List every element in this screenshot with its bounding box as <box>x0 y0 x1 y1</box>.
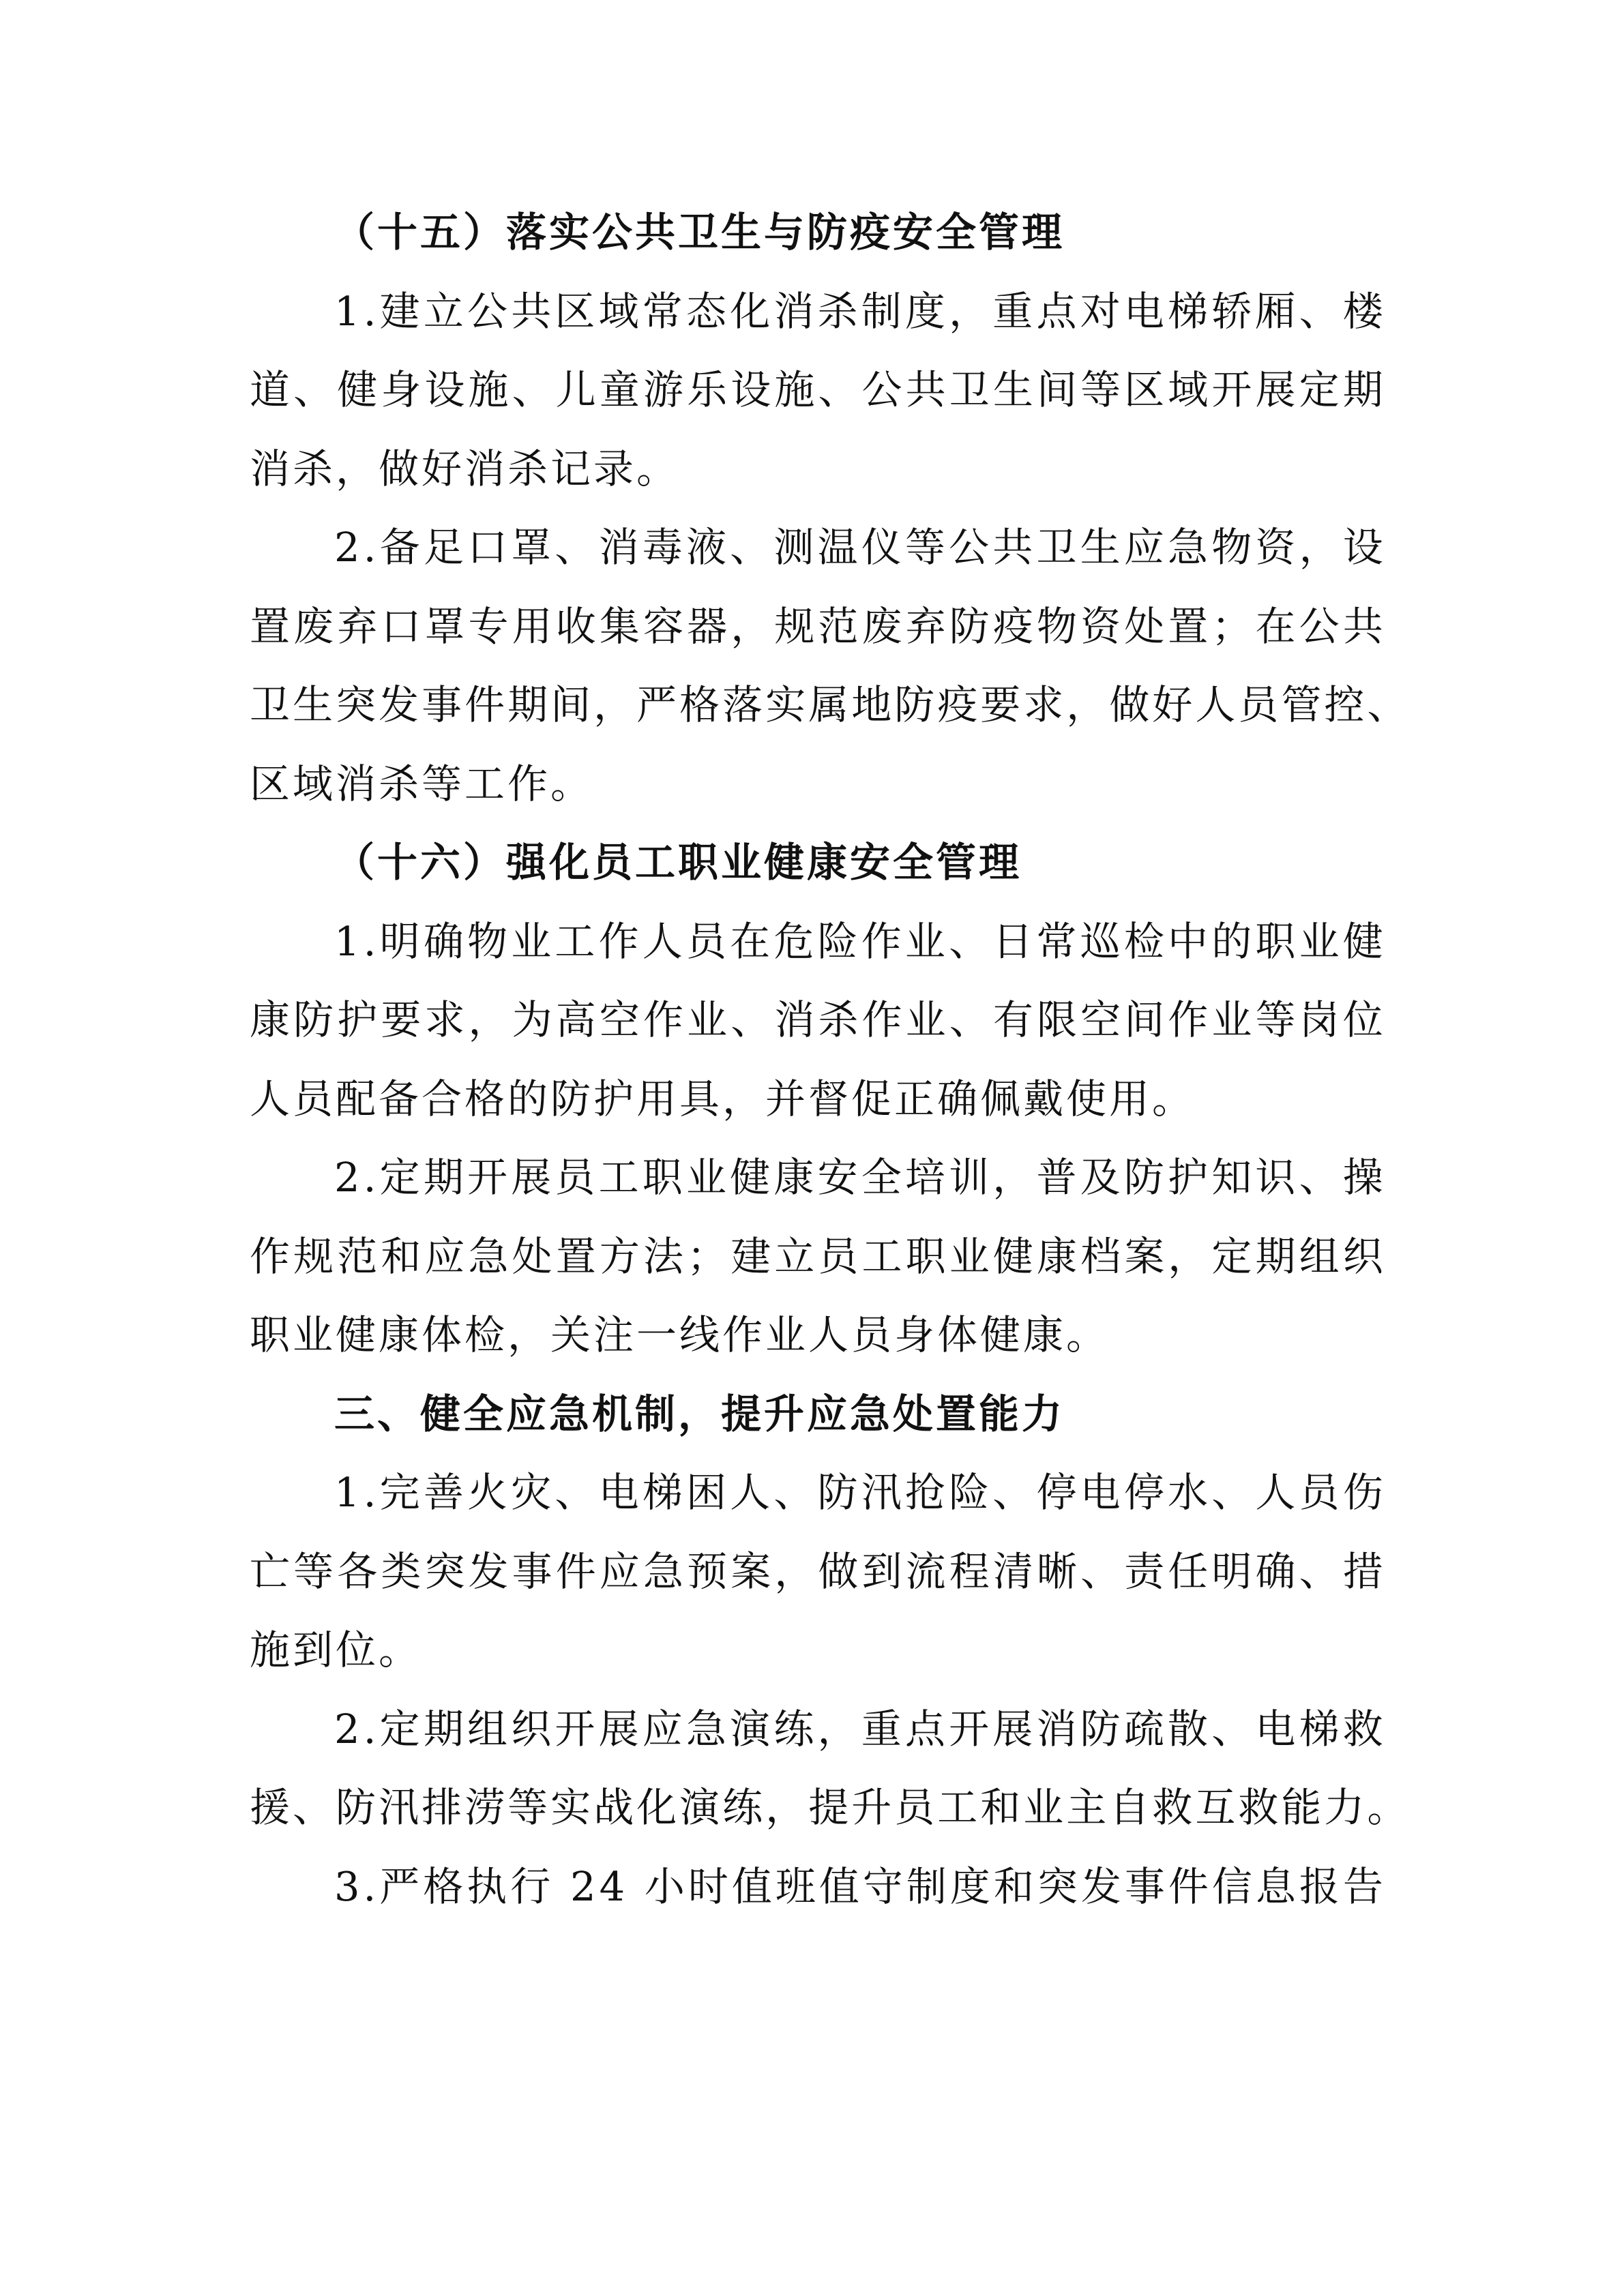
paragraph-3-1-line-1: 1.完善火灾、电梯困人、防汛抢险、停电停水、人员伤 <box>250 1453 1386 1532</box>
subheading-15: （十五）落实公共卫生与防疫安全管理 <box>250 193 1386 272</box>
paragraph-15-1-line-2: 道、健身设施、儿童游乐设施、公共卫生间等区域开展定期 <box>250 351 1386 430</box>
subheading-16: （十六）强化员工职业健康安全管理 <box>250 823 1386 902</box>
paragraph-16-2-line-1: 2.定期开展员工职业健康安全培训，普及防护知识、操 <box>250 1138 1386 1217</box>
paragraph-3-2-line-1: 2.定期组织开展应急演练，重点开展消防疏散、电梯救 <box>250 1690 1386 1769</box>
paragraph-15-2-line-3: 卫生突发事件期间，严格落实属地防疫要求，做好人员管控、 <box>250 666 1386 745</box>
paragraph-16-1-line-2: 康防护要求，为高空作业、消杀作业、有限空间作业等岗位 <box>250 981 1386 1060</box>
paragraph-3-3-line-1: 3.严格执行 24 小时值班值守制度和突发事件信息报告 <box>250 1847 1386 1926</box>
paragraph-16-2-line-3: 职业健康体检，关注一线作业人员身体健康。 <box>250 1296 1386 1375</box>
paragraph-15-2-line-2: 置废弃口罩专用收集容器，规范废弃防疫物资处置；在公共 <box>250 587 1386 666</box>
paragraph-15-1-line-3: 消杀，做好消杀记录。 <box>250 430 1386 509</box>
paragraph-16-1-line-3: 人员配备合格的防护用具，并督促正确佩戴使用。 <box>250 1060 1386 1139</box>
paragraph-3-1-line-3: 施到位。 <box>250 1611 1386 1690</box>
paragraph-3-1-line-2: 亡等各类突发事件应急预案，做到流程清晰、责任明确、措 <box>250 1532 1386 1611</box>
section-heading-3: 三、健全应急机制，提升应急处置能力 <box>250 1375 1386 1454</box>
paragraph-15-2-line-1: 2.备足口罩、消毒液、测温仪等公共卫生应急物资，设 <box>250 508 1386 587</box>
paragraph-16-2-line-2: 作规范和应急处置方法；建立员工职业健康档案，定期组织 <box>250 1217 1386 1296</box>
document-body: （十五）落实公共卫生与防疫安全管理 1.建立公共区域常态化消杀制度，重点对电梯轿… <box>250 193 1386 1926</box>
paragraph-3-2-line-2: 援、防汛排涝等实战化演练，提升员工和业主自救互救能力。 <box>250 1768 1386 1847</box>
paragraph-15-2-line-4: 区域消杀等工作。 <box>250 745 1386 824</box>
paragraph-16-1-line-1: 1.明确物业工作人员在危险作业、日常巡检中的职业健 <box>250 902 1386 981</box>
document-page: （十五）落实公共卫生与防疫安全管理 1.建立公共区域常态化消杀制度，重点对电梯轿… <box>0 0 1624 2296</box>
paragraph-15-1-line-1: 1.建立公共区域常态化消杀制度，重点对电梯轿厢、楼 <box>250 272 1386 351</box>
